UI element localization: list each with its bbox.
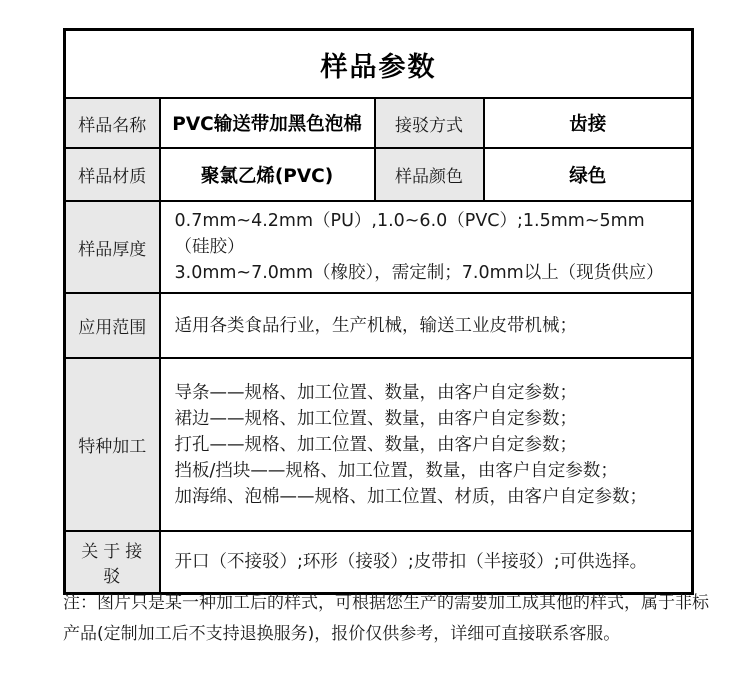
special-processing-line-4: 挡板/挡块——规格、加工位置，数量，由客户自定参数； (175, 458, 680, 484)
special-processing-line-3: 打孔——规格、加工位置、数量，由客户自定参数； (175, 432, 680, 458)
special-processing-line-1: 导条——规格、加工位置、数量，由客户自定参数； (175, 380, 680, 406)
table-row: 应用范围 适用各类食品行业，生产机械，输送工业皮带机械； (65, 293, 693, 358)
thickness-line-1: 0.7mm~4.2mm（PU）,1.0~6.0（PVC）;1.5mm~5mm（硅… (175, 208, 680, 260)
value-special-processing: 导条——规格、加工位置、数量，由客户自定参数； 裙边——规格、加工位置、数量，由… (160, 358, 693, 531)
footnote-line-2: 产品(定制加工后不支持退换服务)，报价仅供参考，详细可直接联系客服。 (63, 619, 733, 650)
value-sample-name: PVC输送带加黑色泡棉 (160, 98, 375, 148)
label-about-connection: 关于接驳 (65, 531, 160, 593)
about-connection-line-1: 开口（不接驳）;环形（接驳）;皮带扣（半接驳）;可供选择。 (175, 549, 680, 575)
table-row: 样品厚度 0.7mm~4.2mm（PU）,1.0~6.0（PVC）;1.5mm~… (65, 201, 693, 293)
footnote: 注：图片只是某一种加工后的样式，可根据您生产的需要加工成其他的样式，属于非标 产… (63, 588, 733, 650)
table-row: 样品名称 PVC输送带加黑色泡棉 接驳方式 齿接 (65, 98, 693, 148)
value-sample-color: 绿色 (484, 148, 693, 201)
table-title: 样品参数 (65, 30, 693, 99)
table-row: 特种加工 导条——规格、加工位置、数量，由客户自定参数； 裙边——规格、加工位置… (65, 358, 693, 531)
table-row: 样品材质 聚氯乙烯(PVC) 样品颜色 绿色 (65, 148, 693, 201)
value-about-connection: 开口（不接驳）;环形（接驳）;皮带扣（半接驳）;可供选择。 (160, 531, 693, 593)
table-row: 关于接驳 开口（不接驳）;环形（接驳）;皮带扣（半接驳）;可供选择。 (65, 531, 693, 593)
product-spec-page: 样品参数 样品名称 PVC输送带加黑色泡棉 接驳方式 齿接 样品材质 聚氯乙烯(… (0, 0, 750, 679)
value-sample-material: 聚氯乙烯(PVC) (160, 148, 375, 201)
thickness-line-2: 3.0mm~7.0mm（橡胶），需定制；7.0mm以上（现货供应） (175, 260, 680, 286)
value-connection-method: 齿接 (484, 98, 693, 148)
footnote-line-1: 注：图片只是某一种加工后的样式，可根据您生产的需要加工成其他的样式，属于非标 (63, 588, 733, 619)
label-sample-material: 样品材质 (65, 148, 160, 201)
label-sample-color: 样品颜色 (375, 148, 484, 201)
special-processing-line-5: 加海绵、泡棉——规格、加工位置、材质，由客户自定参数； (175, 484, 680, 510)
sample-parameters-table: 样品参数 样品名称 PVC输送带加黑色泡棉 接驳方式 齿接 样品材质 聚氯乙烯(… (63, 28, 694, 595)
label-application-range: 应用范围 (65, 293, 160, 358)
value-sample-thickness: 0.7mm~4.2mm（PU）,1.0~6.0（PVC）;1.5mm~5mm（硅… (160, 201, 693, 293)
application-line-1: 适用各类食品行业，生产机械，输送工业皮带机械； (175, 313, 680, 339)
label-sample-thickness: 样品厚度 (65, 201, 160, 293)
table-title-row: 样品参数 (65, 30, 693, 99)
value-application-range: 适用各类食品行业，生产机械，输送工业皮带机械； (160, 293, 693, 358)
label-sample-name: 样品名称 (65, 98, 160, 148)
label-special-processing: 特种加工 (65, 358, 160, 531)
label-connection-method: 接驳方式 (375, 98, 484, 148)
special-processing-line-2: 裙边——规格、加工位置、数量，由客户自定参数； (175, 406, 680, 432)
